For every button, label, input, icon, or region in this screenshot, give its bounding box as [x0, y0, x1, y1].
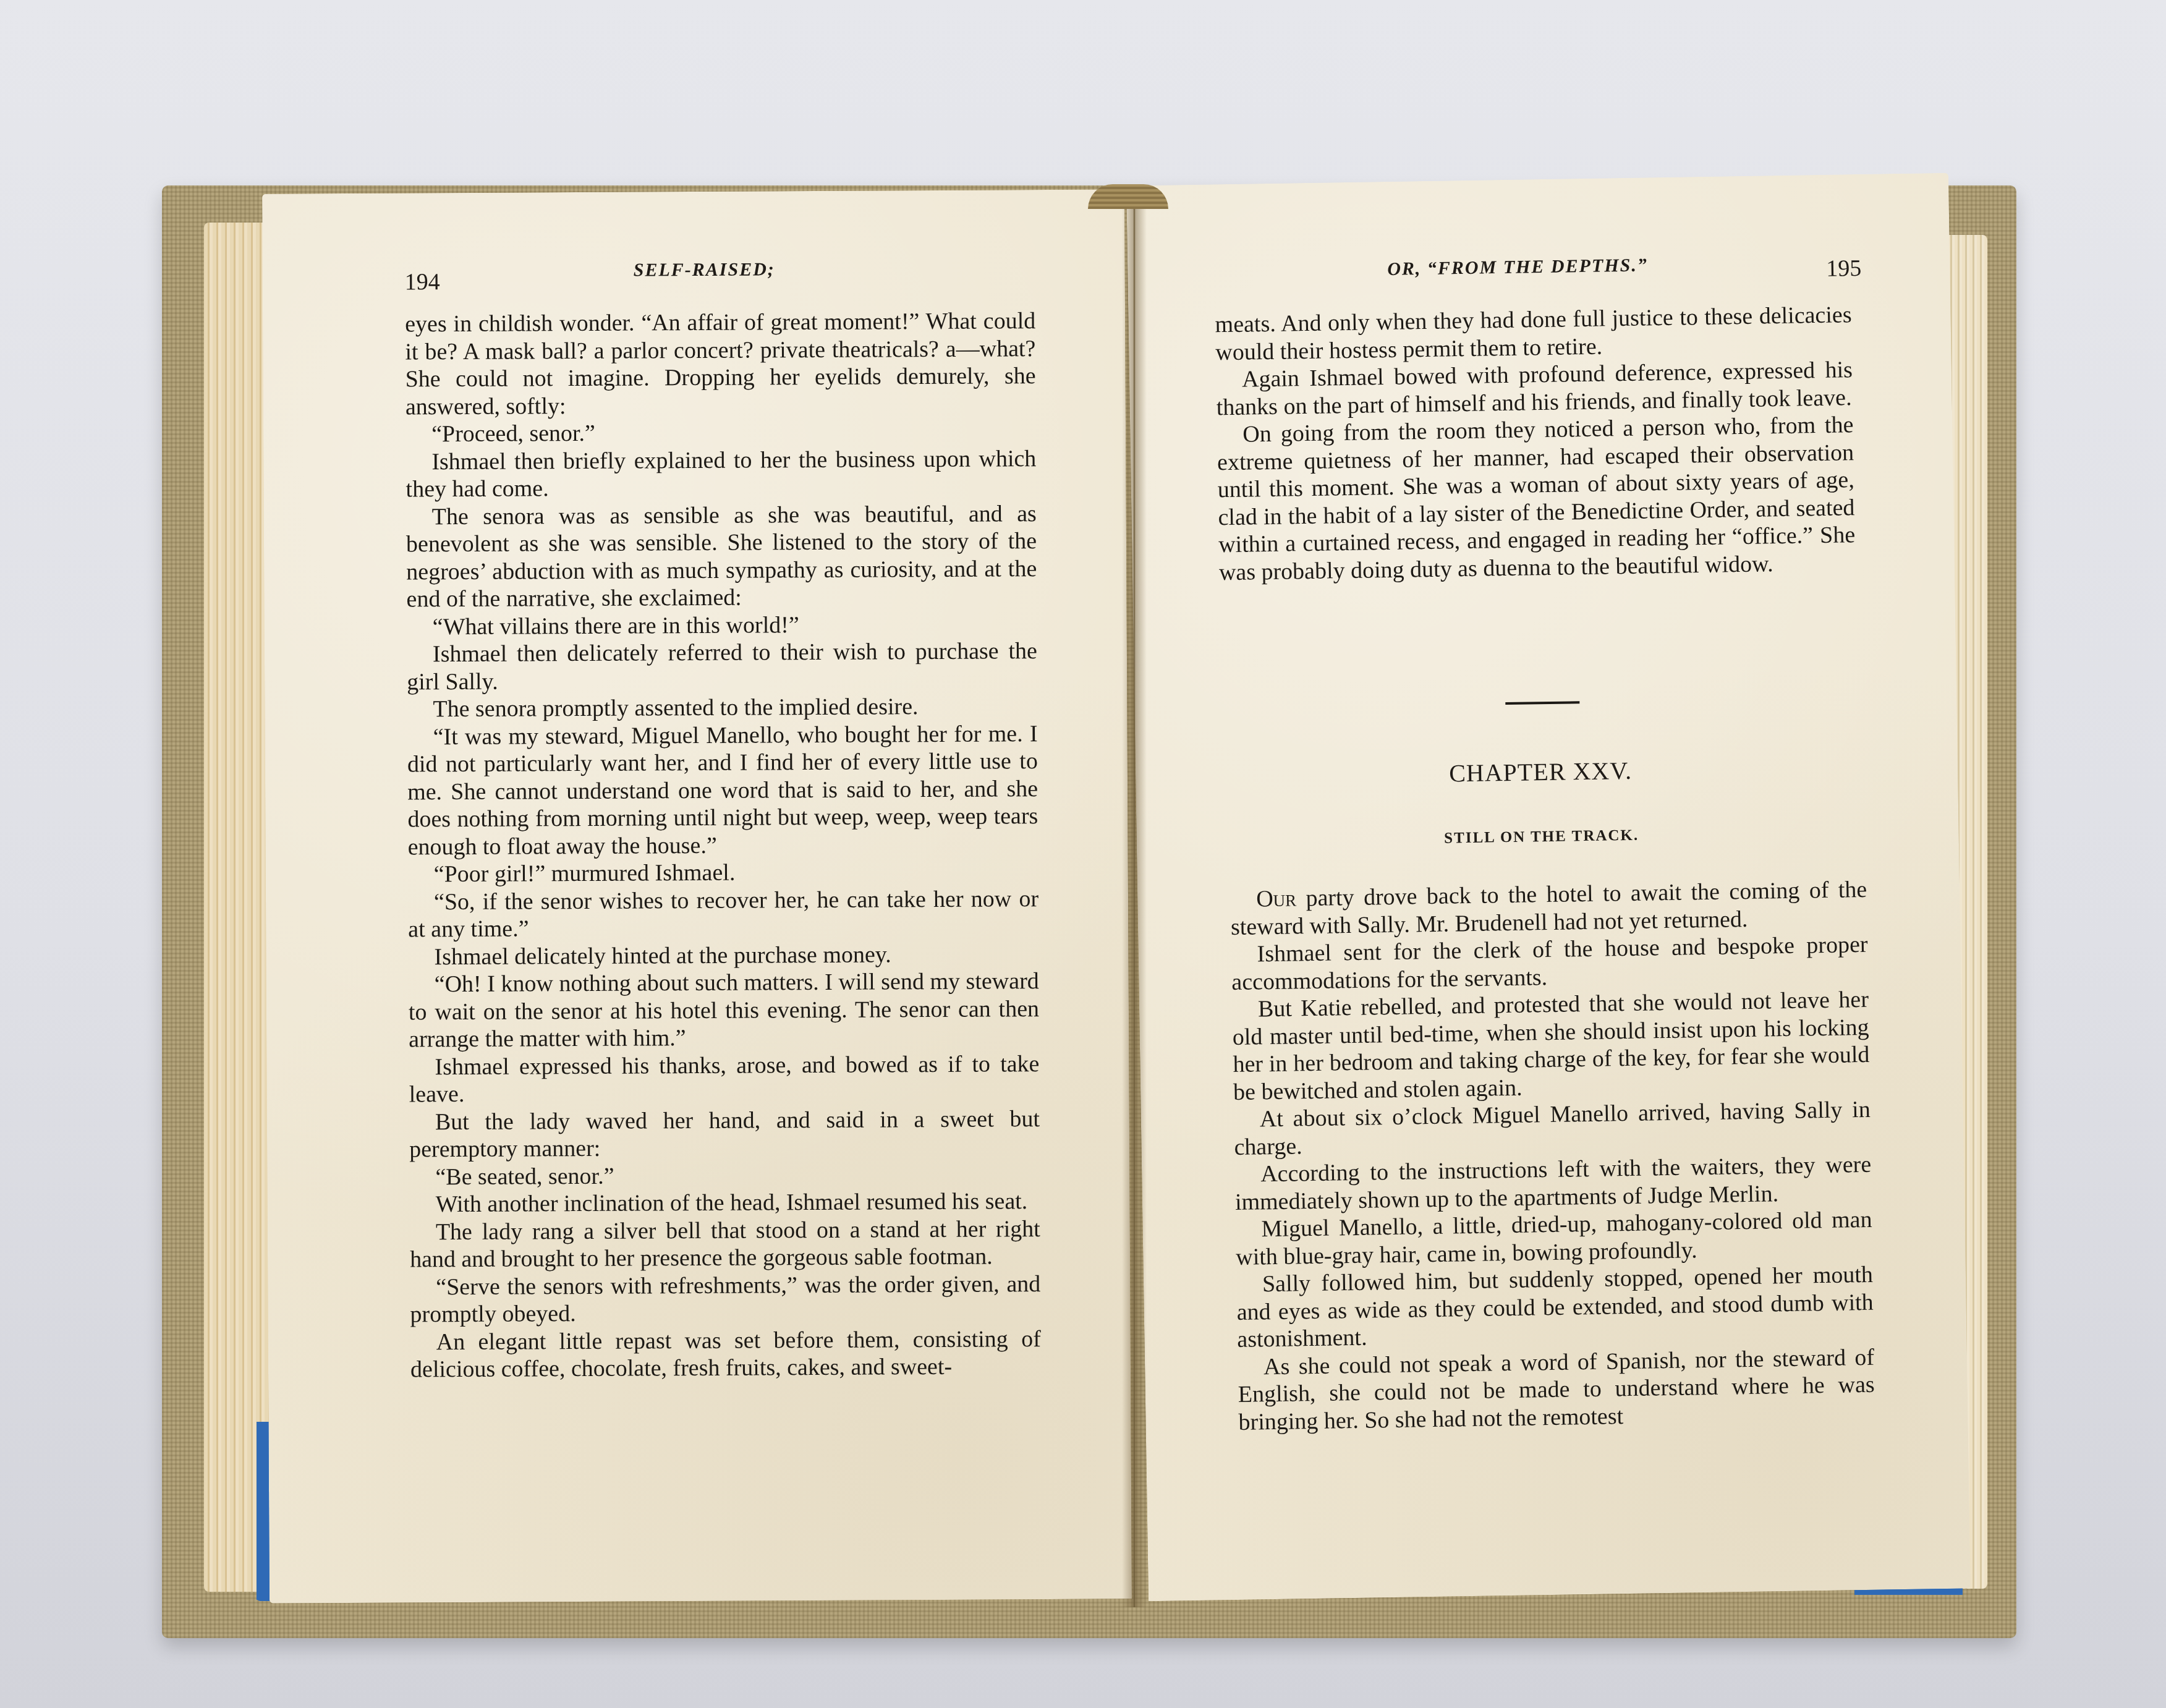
- right-page-body-text-top: meats. And only when they had done full …: [1215, 301, 1856, 586]
- chapter-subtitle: STILL ON THE TRACK.: [1223, 823, 1860, 851]
- left-page: 194 SELF-RAISED; eyes in childish wonder…: [262, 189, 1132, 1603]
- paragraph: But the lady waved her hand, and said in…: [409, 1105, 1040, 1163]
- left-page-block-edges: [204, 223, 272, 1592]
- running-head-left: SELF-RAISED;: [634, 259, 775, 281]
- right-page-body-text-chapter: Our party drove back to the hotel to awa…: [1230, 876, 1875, 1436]
- paragraph: Our party drove back to the hotel to awa…: [1230, 876, 1867, 941]
- paragraph: The senora promptly assented to the impl…: [407, 692, 1037, 723]
- paragraph: “Serve the senors with refreshments,” wa…: [410, 1270, 1040, 1328]
- paragraph: Ishmael then briefly explained to her th…: [406, 445, 1036, 503]
- paragraph: Again Ishmael bowed with profound defere…: [1216, 356, 1853, 421]
- chapter-opening-word: Our: [1256, 885, 1297, 912]
- paragraph: According to the instructions left with …: [1234, 1151, 1872, 1216]
- left-page-body-text: eyes in childish wonder. “An affair of g…: [405, 307, 1041, 1383]
- paragraph: “It was my steward, Miguel Manello, who …: [407, 720, 1038, 861]
- paragraph: meats. And only when they had done full …: [1215, 301, 1852, 366]
- paragraph: “So, if the senor wishes to recover her,…: [408, 885, 1038, 943]
- paragraph: Ishmael then delicately referred to thei…: [407, 637, 1037, 695]
- paragraph: eyes in childish wonder. “An affair of g…: [405, 307, 1036, 420]
- page-number-right: 195: [1826, 255, 1862, 283]
- paragraph: With another inclination of the head, Is…: [409, 1188, 1040, 1218]
- paragraph: The lady rang a silver bell that stood o…: [410, 1215, 1040, 1273]
- paragraph: But Katie rebelled, and protested that s…: [1232, 986, 1871, 1106]
- paragraph: At about six o’clock Miguel Manello arri…: [1233, 1096, 1871, 1161]
- section-divider-rule: [1505, 701, 1579, 705]
- paragraph: Miguel Manello, a little, dried-up, maho…: [1235, 1206, 1872, 1271]
- right-page: OR, “FROM THE DEPTHS.” 195 meats. And on…: [1126, 173, 1971, 1602]
- page-number-left: 194: [405, 268, 440, 295]
- paragraph: An elegant little repast was set before …: [410, 1325, 1041, 1383]
- paragraph: Ishmael expressed his thanks, arose, and…: [409, 1050, 1039, 1108]
- paragraph: “Poor girl!” murmured Ishmael.: [408, 857, 1038, 888]
- book-gutter: [1122, 185, 1147, 1607]
- paragraph: “Be seated, senor.”: [409, 1160, 1040, 1191]
- chapter-heading: CHAPTER XXV.: [1222, 752, 1859, 791]
- paragraph: On going from the room they noticed a pe…: [1217, 411, 1856, 586]
- paragraph: “What villains there are in this world!”: [407, 610, 1037, 641]
- running-head-right: OR, “FROM THE DEPTHS.”: [1387, 255, 1648, 280]
- paragraph: Ishmael delicately hinted at the purchas…: [408, 940, 1038, 971]
- paragraph: “Proceed, senor.”: [406, 417, 1036, 448]
- paragraph: Sally followed him, but suddenly stopped…: [1236, 1261, 1874, 1354]
- paragraph: As she could not speak a word of Spanish…: [1238, 1343, 1875, 1436]
- paragraph: “Oh! I know nothing about such matters. …: [409, 967, 1040, 1053]
- book-photo: 194 SELF-RAISED; eyes in childish wonder…: [0, 0, 2166, 1708]
- paragraph: Ishmael sent for the clerk of the house …: [1231, 931, 1868, 996]
- book-headband: [1088, 184, 1168, 209]
- paragraph: The senora was as sensible as she was be…: [406, 500, 1037, 613]
